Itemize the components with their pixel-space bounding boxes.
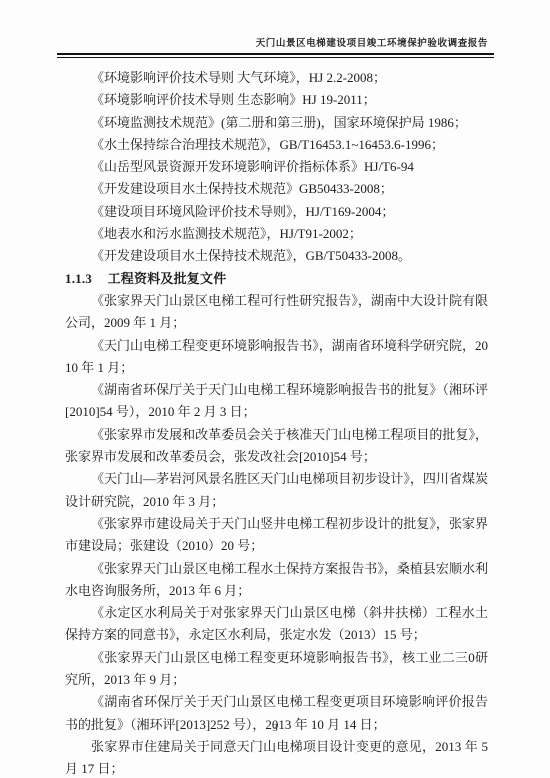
reference-item: 《山岳型风景资源开发环境影响评价指标体系》HJ/T6-94	[65, 156, 488, 178]
reference-item: 《开发建设项目水土保持技术规范》，GB/T50433-2008。	[65, 245, 488, 267]
section-number: 1.1.3	[65, 271, 92, 286]
document-item: 《张家界天门山景区电梯工程变更环境影响报告书》，核工业二三0研究所，2013 年…	[65, 647, 488, 692]
reference-list: 《环境影响评价技术导则 大气环境》，HJ 2.2-2008；《环境影响评价技术导…	[65, 67, 488, 268]
document-item: 《张家界市建设局关于天门山竖井电梯工程初步设计的批复》，张家界市建设局；张建设（…	[65, 513, 488, 558]
document-item: 《永定区水利局关于对张家界天门山景区电梯（斜井扶梯）工程水土保持方案的同意书》，…	[65, 602, 488, 647]
document-item: 《张家界天门山景区电梯工程可行性研究报告》，湖南中大设计院有限公司，2009 年…	[65, 290, 488, 335]
document-item: 《张家界市发展和改革委员会关于核准天门山电梯工程项目的批复》，张家界市发展和改革…	[65, 424, 488, 469]
document-item: 张家界市住建局关于同意天门山电梯项目设计变更的意见，2013 年 5 月 17 …	[65, 736, 488, 778]
running-header-title: 天门山景区电梯建设项目竣工环境保护验收调查报告	[65, 38, 488, 53]
reference-item: 《环境监测技术规范》(第二册和第三册)，国家环境保护局 1986；	[65, 112, 488, 134]
section-title: 工程资料及批复文件	[108, 271, 227, 286]
reference-item: 《环境影响评价技术导则 大气环境》，HJ 2.2-2008；	[65, 67, 488, 89]
reference-item: 《地表水和污水监测技术规范》，HJ/T91-2002；	[65, 223, 488, 245]
section-heading: 1.1.3工程资料及批复文件	[65, 268, 488, 290]
document-item: 《湖南省环保厅关于天门山电梯工程环境影响报告书的批复》（湘环评[2010]54 …	[65, 379, 488, 424]
page-number: 3	[0, 722, 550, 734]
document-item: 《天门山电梯工程变更环境影响报告书》，湖南省环境科学研究院，2010 年 1 月…	[65, 335, 488, 380]
reference-item: 《建设项目环境风险评价技术导则》，HJ/T169-2004；	[65, 201, 488, 223]
document-item: 《天门山—茅岩河风景名胜区天门山电梯项目初步设计》，四川省煤炭设计研究院，201…	[65, 468, 488, 513]
document-body: 《环境影响评价技术导则 大气环境》，HJ 2.2-2008；《环境影响评价技术导…	[65, 67, 488, 778]
reference-item: 《环境影响评价技术导则 生态影响》HJ 19-2011；	[65, 89, 488, 111]
document-list: 《张家界天门山景区电梯工程可行性研究报告》，湖南中大设计院有限公司，2009 年…	[65, 290, 488, 778]
document-item: 《张家界天门山景区电梯工程水土保持方案报告书》，桑植县宏顺水利水电咨询服务所，2…	[65, 558, 488, 603]
document-page: 天门山景区电梯建设项目竣工环境保护验收调查报告 《环境影响评价技术导则 大气环境…	[0, 0, 550, 778]
header-rule	[57, 53, 494, 58]
reference-item: 《水土保持综合治理技术规范》，GB/T16453.1~16453.6-1996；	[65, 134, 488, 156]
reference-item: 《开发建设项目水土保持技术规范》GB50433-2008；	[65, 178, 488, 200]
